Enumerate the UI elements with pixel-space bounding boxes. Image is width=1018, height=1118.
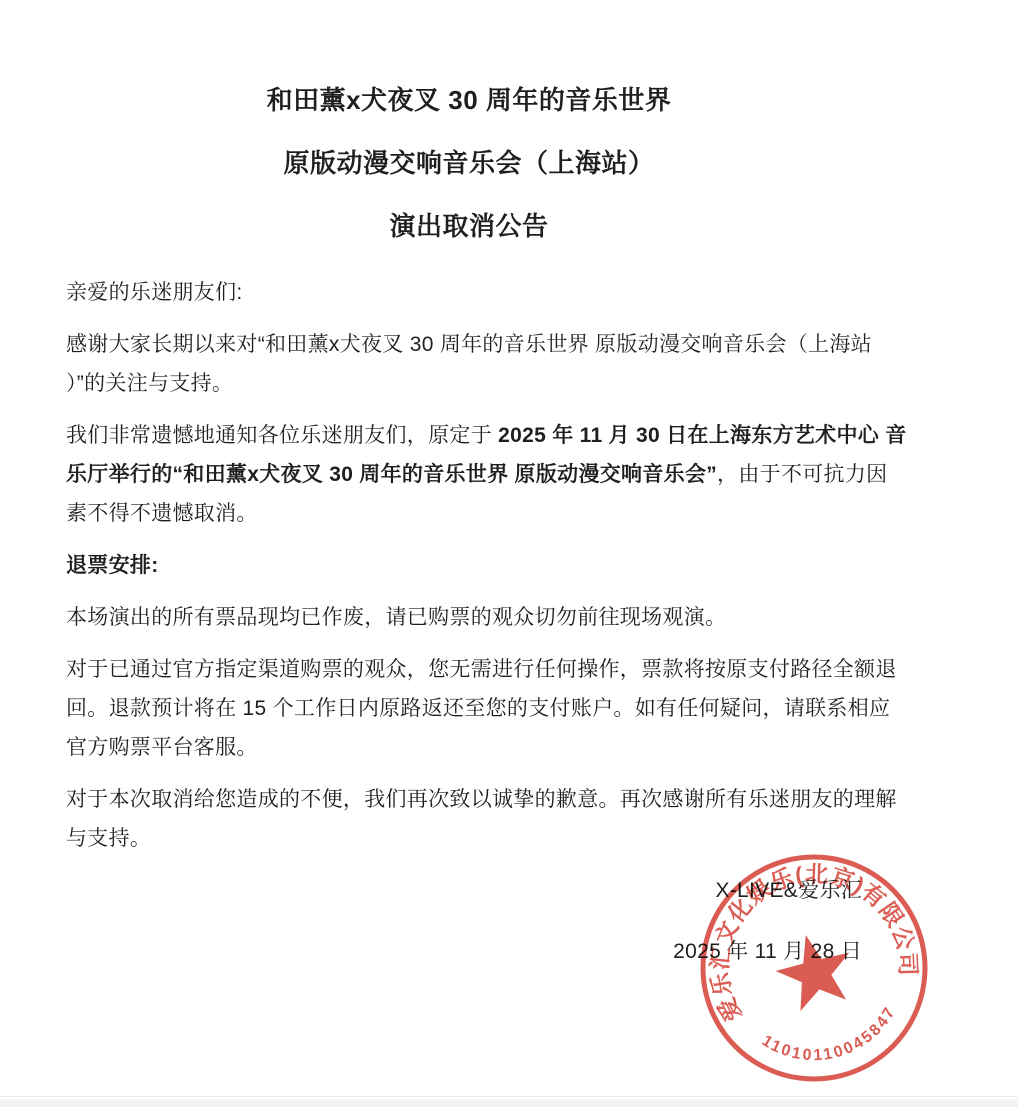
page-title-line-2: 原版动漫交响音乐会（上海站）	[66, 148, 872, 178]
cancellation-intro-text: 我们非常遗憾地通知各位乐迷朋友们，原定于	[66, 424, 498, 447]
bottom-gray-band	[0, 1099, 1018, 1107]
paragraph-apology: 对于本次取消给您造成的不便，我们再次致以诚挚的歉意。再次感谢所有乐迷朋友的理解 …	[66, 780, 872, 858]
page-title-line-3: 演出取消公告	[66, 211, 872, 241]
cancellation-reason-text: ，由于不可抗力因	[717, 463, 887, 486]
salutation-text: 亲爱的乐迷朋友们:	[66, 273, 872, 312]
salutation: 亲爱的乐迷朋友们:	[66, 273, 872, 312]
paragraph-cancellation-line-2: 乐厅举行的“和田薰x犬夜叉 30 周年的音乐世界 原版动漫交响音乐会”，由于不可…	[66, 455, 872, 494]
paragraph-refund-line-3: 官方购票平台客服。	[66, 728, 872, 767]
paragraph-apology-line-2: 与支持。	[66, 819, 872, 858]
signature-organizer: X-LIVE&爱乐汇	[66, 871, 862, 910]
paragraph-tickets-void-line-1: 本场演出的所有票品现均已作废，请已购票的观众切勿前往现场观演。	[66, 598, 872, 637]
paragraph-refund-line-1: 对于已通过官方指定渠道购票的观众，您无需进行任何操作，票款将按原支付路径全额退	[66, 650, 872, 689]
paragraph-cancellation: 我们非常遗憾地通知各位乐迷朋友们，原定于 2025 年 11 月 30 日在上海…	[66, 416, 872, 533]
seal-registration-number: 11010110045847	[756, 1000, 908, 1079]
paragraph-cancellation-line-1: 我们非常遗憾地通知各位乐迷朋友们，原定于 2025 年 11 月 30 日在上海…	[66, 416, 872, 455]
refund-section-heading: 退票安排:	[66, 546, 872, 585]
bottom-divider-line	[0, 1096, 1018, 1097]
signature-block: X-LIVE&爱乐汇 2025 年 11 月 28 日	[66, 871, 872, 971]
announcement-document: 和田薰x犬夜叉 30 周年的音乐世界 原版动漫交响音乐会（上海站） 演出取消公告…	[0, 0, 872, 971]
paragraph-refund-line-2: 回。退款预计将在 15 个工作日内原路返还至您的支付账户。如有任何疑问，请联系相…	[66, 689, 872, 728]
paragraph-thanks-line-1: 感谢大家长期以来对“和田薰x犬夜叉 30 周年的音乐世界 原版动漫交响音乐会（上…	[66, 325, 872, 364]
paragraph-thanks: 感谢大家长期以来对“和田薰x犬夜叉 30 周年的音乐世界 原版动漫交响音乐会（上…	[66, 325, 872, 403]
paragraph-refund-process: 对于已通过官方指定渠道购票的观众，您无需进行任何操作，票款将按原支付路径全额退 …	[66, 650, 872, 767]
cancellation-date-venue-bold: 2025 年 11 月 30 日在上海东方艺术中心 音	[498, 424, 906, 447]
paragraph-apology-line-1: 对于本次取消给您造成的不便，我们再次致以诚挚的歉意。再次感谢所有乐迷朋友的理解	[66, 780, 872, 819]
paragraph-cancellation-line-3: 素不得不遗憾取消。	[66, 494, 872, 533]
cancellation-event-name-bold: 乐厅举行的“和田薰x犬夜叉 30 周年的音乐世界 原版动漫交响音乐会”	[66, 463, 717, 486]
signature-date: 2025 年 11 月 28 日	[66, 932, 862, 971]
paragraph-tickets-void: 本场演出的所有票品现均已作废，请已购票的观众切勿前往现场观演。	[66, 598, 872, 637]
paragraph-thanks-line-2: ）”的关注与支持。	[66, 364, 872, 403]
page-title-line-1: 和田薰x犬夜叉 30 周年的音乐世界	[66, 85, 872, 115]
